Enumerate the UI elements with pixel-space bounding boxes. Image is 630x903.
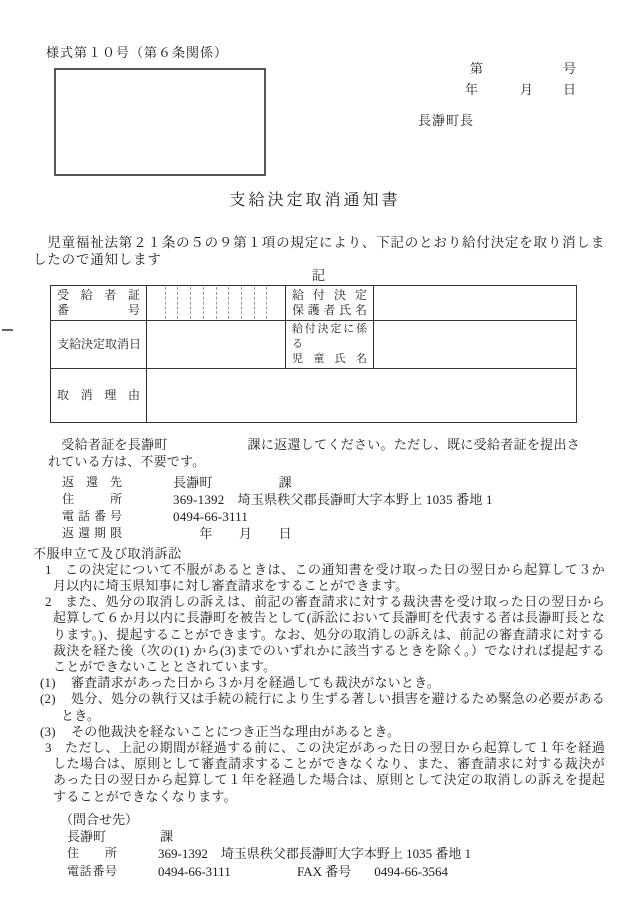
guardian-name-label: 給付決定 保護者氏名 [286,286,374,321]
document-number-line: 第 号 [470,60,576,77]
table-row: 取消理由 [51,369,577,423]
document-page: 様式第１０号（第６条関係） 第 号 年 月 日 長瀞町長 支給決定取消通知書 児… [0,0,630,903]
appeal-subitem-3: (3)その他裁決を経ないことにつき正当な理由があるとき。 [61,724,605,740]
inquiry-address-row: 住所 369-1392 埼玉県秩父郡長瀞町大字本野上 1035 番地 1 [67,845,605,862]
recipient-no-digit-cell [203,287,216,319]
appeal-subitem-text: その他裁決を経ないことにつき正当な理由があるとき。 [71,724,400,739]
inquiry-office-row: 長瀞町 課 [67,828,605,845]
return-to-row: 返還先 長瀞町 課 [62,474,605,491]
appeal-item-text: ただし、上記の期間が経過する前に、この決定があった日の翌日から起算して１年を経過… [53,740,605,804]
address-row: 住所 369-1392 埼玉県秩父郡長瀞町大字本野上 1035 番地 1 [62,491,605,508]
child-name-field [374,321,577,369]
inquiry-heading: （問合せ先） [60,811,605,828]
cancel-reason-field [147,369,577,423]
phone-row: 電話番号 0494-66-3111 [62,508,605,525]
appeal-subitem-1: (1)審査請求があった日から３か月を経過しても裁決がないとき。 [61,675,605,691]
fold-mark [2,329,13,331]
inquiry-phone-value: 0494-66-3111 [158,863,297,880]
deadline-row: 返還期限 年 月 日 [62,525,605,542]
ki-label: 記 [33,268,605,283]
table-row: 受給者証 番号 給付決定 保護者氏名 [51,286,577,321]
recipient-no-digit-cell [241,287,254,319]
document-body: 児童福祉法第２１条の５の９第１項の規定により、下記のとおり給付決定を取り消しまし… [33,234,605,880]
doc-no-blank [483,60,563,77]
recipient-no-digit-cell [216,287,229,319]
cancellation-table: 受給者証 番号 給付決定 保護者氏名 支給決定取消日 給付決定に係る 児童氏名 … [50,285,577,423]
appeal-subitem-number: (2) [40,691,56,707]
recipient-no-digit-cell [190,287,203,319]
recipient-cert-no-label: 受給者証 番号 [51,286,147,321]
deadline-value: 年 月 日 [173,525,292,542]
intro-paragraph: 児童福祉法第２１条の５の９第１項の規定により、下記のとおり給付決定を取り消しまし… [33,234,605,268]
phone-value: 0494-66-3111 [173,508,248,525]
inquiry-office-name: 長瀞町 [67,828,106,845]
inquiry-office-dept: 課 [160,828,173,845]
appeal-subitem-2: (2)処分、処分の執行又は手続の続行により生ずる著しい損害を避けるため緊急の必要… [61,691,605,723]
inquiry-section: （問合せ先） 長瀞町 課 住所 369-1392 埼玉県秩父郡長瀞町大字本野上 … [60,811,605,880]
inquiry-fax-value: 0494-66-3564 [374,863,448,880]
table-row: 支給決定取消日 給付決定に係る 児童氏名 [51,321,577,369]
appeal-subitem-number: (3) [40,724,56,740]
appeal-heading: 不服申立て及び取消訴訟 [33,546,605,562]
appeal-item-number: 1 [45,562,52,578]
appeal-item-3: 3ただし、上記の期間が経過する前に、この決定があった日の翌日から起算して１年を経… [53,740,605,805]
addressee-box [54,68,266,176]
return-to-value: 長瀞町 課 [173,474,292,491]
appeal-item-text: この決定について不服があるときは、この通知書を受け取った日の翌日から起算して３か… [53,562,605,593]
recipient-no-digit-cell [153,287,165,319]
phone-label: 電話番号 [62,508,122,525]
address-value: 369-1392 埼玉県秩父郡長瀞町大字本野上 1035 番地 1 [173,491,493,508]
doc-no-prefix: 第 [470,60,483,77]
date-day-label: 日 [563,81,576,98]
appeal-item-number: 2 [45,594,52,610]
appeal-item-number: 3 [45,740,52,756]
address-label: 住所 [62,491,122,508]
sender-mayor: 長瀞町長 [418,112,474,129]
recipient-no-digit-cell [266,287,279,319]
date-month-label: 月 [520,81,533,98]
child-name-label: 給付決定に係る 児童氏名 [286,321,374,369]
inquiry-office-blank [106,828,160,845]
recipient-no-digit-cell [254,287,267,319]
cancel-date-label: 支給決定取消日 [51,321,147,369]
return-instruction: 受給者証を長瀞町 課に返還してください。ただし、既に受給者証を提出されている方は… [48,436,580,471]
appeal-subitem-text: 審査請求があった日から３か月を経過しても裁決がないとき。 [71,675,440,690]
recipient-no-digit-cell [177,287,190,319]
cancel-date-field [147,321,286,369]
appeal-item-1: 1この決定について不服があるときは、この通知書を受け取った日の翌日から起算して３… [53,562,605,594]
return-contact-block: 返還先 長瀞町 課 住所 369-1392 埼玉県秩父郡長瀞町大字本野上 103… [62,474,605,542]
appeal-section: 不服申立て及び取消訴訟 1この決定について不服があるときは、この通知書を受け取っ… [33,546,605,805]
doc-no-suffix: 号 [563,60,576,77]
date-blank [533,81,563,98]
inquiry-fax-label: FAX 番号 [297,863,351,880]
inquiry-address-value: 369-1392 埼玉県秩父郡長瀞町大字本野上 1035 番地 1 [158,845,471,862]
form-number: 様式第１０号（第６条関係） [46,44,228,61]
inquiry-phone-row: 電話番号 0494-66-3111 FAX 番号 0494-66-3564 [67,863,605,880]
date-blank [478,81,520,98]
page-title: 支給決定取消通知書 [0,192,630,209]
guardian-name-field [374,286,577,321]
inquiry-phone-label: 電話番号 [67,863,117,880]
recipient-no-digit-cell [165,287,178,319]
date-line: 年 月 日 [465,81,576,98]
recipient-no-digit-cell [228,287,241,319]
appeal-item-text: また、処分の取消しの訴えは、前記の審査請求に対する裁決書を受け取った日の翌日から… [53,594,605,674]
date-year-label: 年 [465,81,478,98]
recipient-cert-no-field [147,286,286,321]
appeal-item-2: 2また、処分の取消しの訴えは、前記の審査請求に対する裁決書を受け取った日の翌日か… [53,594,605,675]
digit-strip [153,287,279,319]
appeal-subitem-text: 処分、処分の執行又は手続の続行により生ずる著しい損害を避けるため緊急の必要がある… [61,691,605,722]
return-to-label: 返還先 [62,474,122,491]
appeal-subitem-number: (1) [40,675,56,691]
cancel-reason-label: 取消理由 [51,369,147,423]
deadline-label: 返還期限 [62,525,122,542]
inquiry-address-label: 住所 [67,845,117,862]
